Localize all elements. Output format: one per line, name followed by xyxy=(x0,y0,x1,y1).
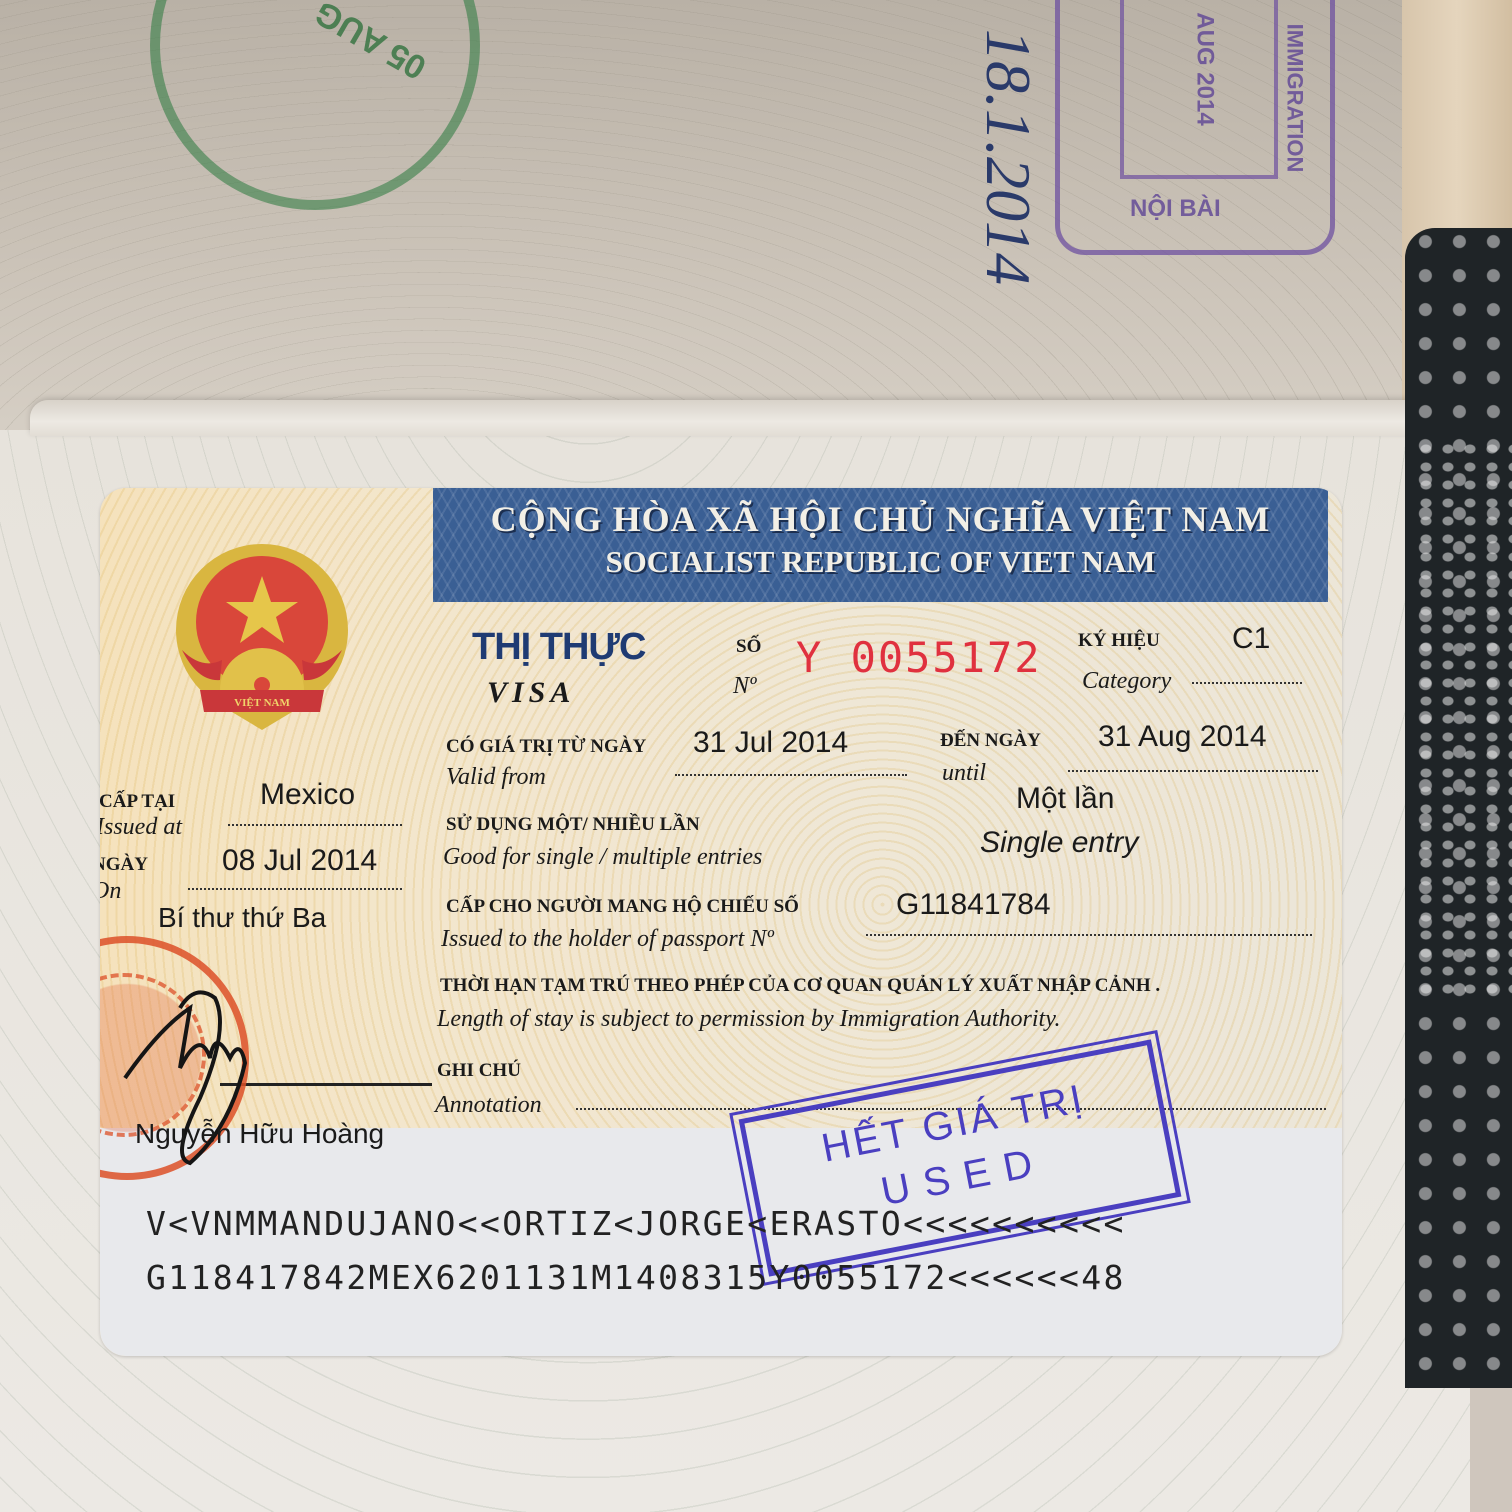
entries-value-vn: Một lần xyxy=(1016,782,1114,816)
category-dots xyxy=(1192,682,1302,684)
passport-fold xyxy=(30,400,1430,436)
valid-until-value: 31 Aug 2014 xyxy=(1098,720,1267,754)
official-title: Bí thư thứ Ba xyxy=(158,902,326,934)
handwritten-date: 18.1.2014 xyxy=(971,29,1045,285)
immigration-stamp-date: AUG 2014 xyxy=(1191,12,1219,125)
stay-notice-en: Length of stay is subject to permission … xyxy=(437,1006,1061,1033)
valid-from-value: 31 Jul 2014 xyxy=(693,726,848,760)
header-title-vn: CỘNG HÒA XÃ HỘI CHỦ NGHĨA VIỆT NAM xyxy=(433,498,1328,540)
immigration-stamp-place: NỘI BÀI xyxy=(1130,195,1221,223)
passport-label-en: Issued to the holder of passport Nº xyxy=(441,926,774,953)
issued-on-label-en: On xyxy=(100,878,121,905)
national-emblem-icon: VIỆT NAM xyxy=(162,540,362,730)
visa-sticker: CỘNG HÒA XÃ HỘI CHỦ NGHĨA VIỆT NAM SOCIA… xyxy=(100,488,1342,1356)
mrz-line-1: V<VNMMANDUJANO<<ORTIZ<JORGE<ERASTO<<<<<<… xyxy=(146,1204,1126,1243)
stay-notice-vn: THỜI HẠN TẠM TRÚ THEO PHÉP CỦA CƠ QUAN Q… xyxy=(440,975,1160,997)
valid-until-dots xyxy=(1068,770,1318,772)
valid-from-label-en: Valid from xyxy=(446,764,546,791)
upper-passport-page: 05 AUG 18.1.2014 AUG 2014 IMMIGRATION NỘ… xyxy=(0,0,1430,440)
cover-embossed-pattern xyxy=(1415,440,1512,1000)
number-label-en: Nº xyxy=(733,673,756,700)
issued-at-dots xyxy=(228,824,402,826)
category-value: C1 xyxy=(1232,622,1270,656)
green-entry-stamp xyxy=(150,0,480,210)
valid-until-label-vn: ĐẾN NGÀY xyxy=(940,730,1041,752)
valid-from-label-vn: CÓ GIÁ TRỊ TỪ NGÀY xyxy=(446,736,646,758)
category-label-en: Category xyxy=(1082,668,1171,695)
immigration-stamp-authority: IMMIGRATION xyxy=(1281,24,1307,173)
svg-text:VIỆT NAM: VIỆT NAM xyxy=(234,696,290,709)
issued-at-label-en: Issued at xyxy=(100,814,182,841)
header-title-en: SOCIALIST REPUBLIC OF VIET NAM xyxy=(433,544,1328,580)
mrz-line-2: G118417842MEX6201131M1408315Y0055172<<<<… xyxy=(146,1258,1126,1297)
issued-on-label-vn: NGÀY xyxy=(100,854,148,876)
visa-header: CỘNG HÒA XÃ HỘI CHỦ NGHĨA VIỆT NAM SOCIA… xyxy=(433,488,1328,602)
valid-from-dots xyxy=(675,774,907,776)
signatory-name: Nguyễn Hữu Hoàng xyxy=(135,1118,384,1150)
passport-number-value: G11841784 xyxy=(896,888,1051,922)
category-label-vn: KÝ HIỆU xyxy=(1078,630,1160,652)
entries-label-en: Good for single / multiple entries xyxy=(443,844,762,871)
issued-at-label-vn: CẤP TẠI xyxy=(100,791,175,813)
visa-title-en: VISA xyxy=(487,676,575,710)
passport-dots xyxy=(866,934,1312,936)
visa-title-vn: THỊ THỰC xyxy=(472,626,645,669)
immigration-stamp: AUG 2014 IMMIGRATION NỘI BÀI xyxy=(1055,0,1335,255)
number-label-vn: SỐ xyxy=(736,636,761,658)
entries-value-en: Single entry xyxy=(980,826,1138,860)
visa-number: Y 0055172 xyxy=(796,633,1042,682)
issued-on-dots xyxy=(188,888,402,890)
issued-on-value: 08 Jul 2014 xyxy=(222,844,377,878)
passport-label-vn: CẤP CHO NGƯỜI MANG HỘ CHIẾU SỐ xyxy=(446,896,799,918)
valid-until-label-en: until xyxy=(942,760,986,787)
issued-at-value: Mexico xyxy=(260,778,355,812)
entries-label-vn: SỬ DỤNG MỘT/ NHIỀU LẦN xyxy=(446,814,700,836)
